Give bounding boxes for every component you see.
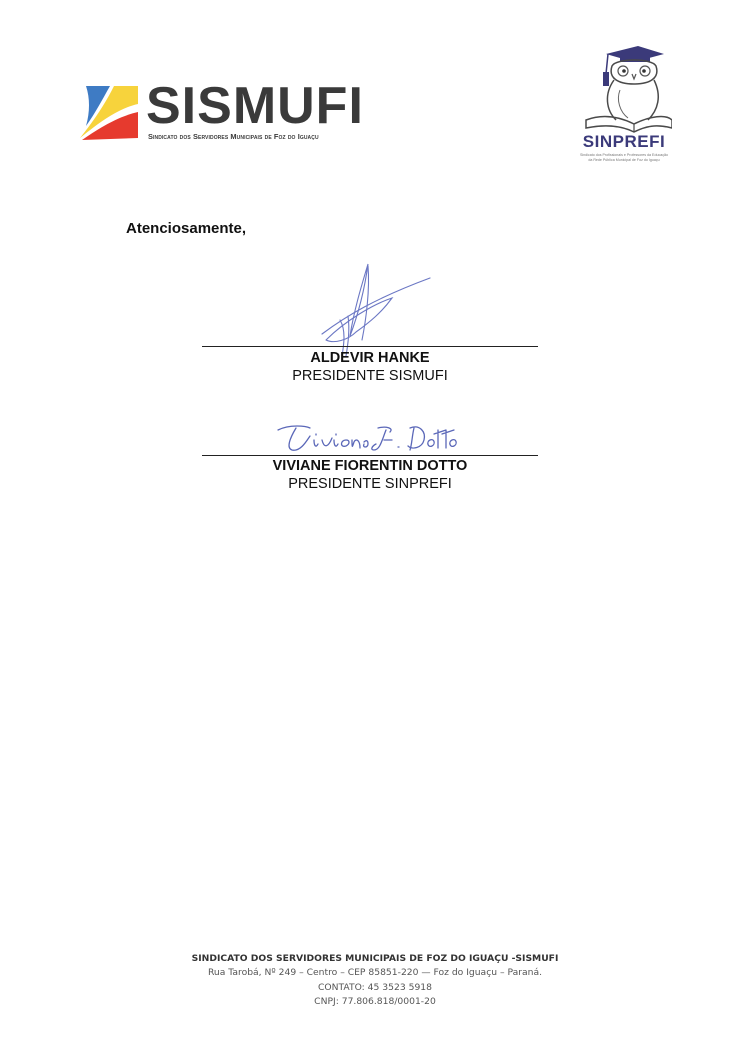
sismufi-emblem-icon — [72, 82, 142, 144]
sismufi-logo: SISMUFI Sindicato dos Servidores Municip… — [72, 82, 372, 146]
sinprefi-wordmark: SINPREFI — [566, 132, 682, 152]
handwritten-signature-viviane — [270, 420, 460, 456]
signer-role-1: PRESIDENTE SISMUFI — [202, 368, 538, 384]
footer-contact: CONTATO: 45 3523 5918 — [150, 981, 600, 996]
signer-name-2: VIVIANE FIORENTIN DOTTO — [202, 458, 538, 474]
footer-title: SINDICATO DOS SERVIDORES MUNICIPAIS DE F… — [150, 952, 600, 966]
signer-role-2: PRESIDENTE SINPREFI — [202, 476, 538, 492]
signature-line-1 — [202, 346, 538, 347]
sinprefi-subtitle-line1: Sindicato dos Profissionais e Professore… — [566, 153, 682, 157]
footer-cnpj: CNPJ: 77.806.818/0001-20 — [150, 995, 600, 1010]
footer-address: Rua Tarobá, Nº 249 – Centro – CEP 85851-… — [150, 966, 600, 981]
sismufi-wordmark: SISMUFI — [146, 76, 364, 136]
owl-graduation-book-icon — [576, 40, 672, 136]
signer-name-1: ALDEVIR HANKE — [202, 350, 538, 366]
footer: SINDICATO DOS SERVIDORES MUNICIPAIS DE F… — [150, 952, 600, 1010]
sismufi-subtitle: Sindicato dos Servidores Municipais de F… — [148, 132, 319, 141]
sinprefi-logo: SINPREFI Sindicato dos Profissionais e P… — [566, 40, 682, 168]
closing-salutation: Atenciosamente, — [126, 220, 246, 237]
handwritten-signature-aldevir — [316, 260, 436, 358]
signature-line-2 — [202, 455, 538, 456]
sinprefi-subtitle-line2: da Rede Pública Municipal de Foz do Igua… — [566, 158, 682, 162]
